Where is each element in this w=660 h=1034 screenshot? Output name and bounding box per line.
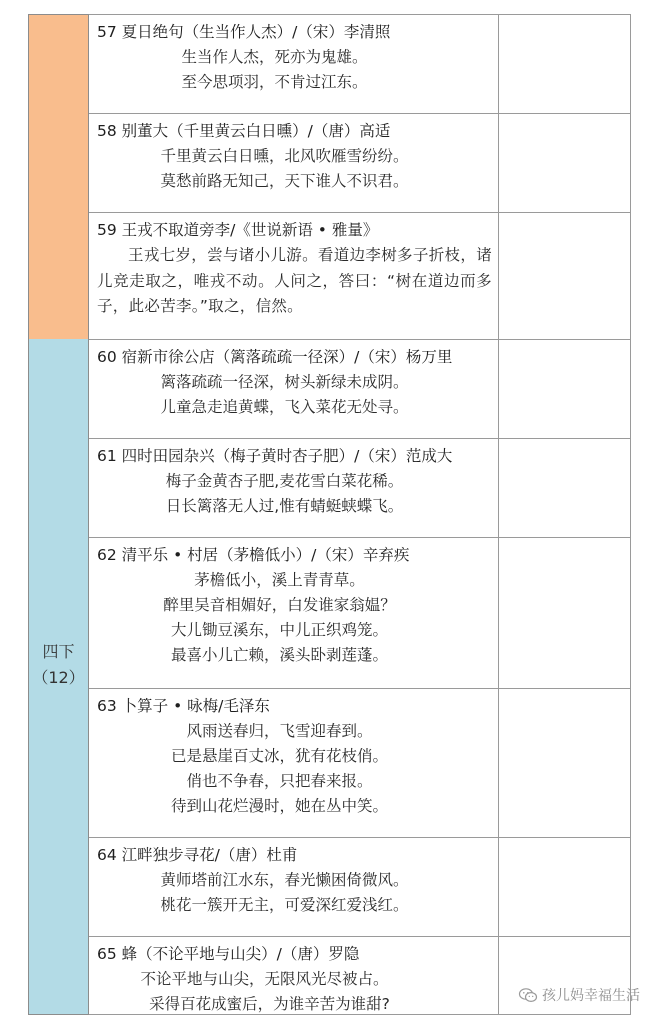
wechat-icon [518,987,538,1003]
watermark: 孩儿妈幸福生活 [518,985,640,1005]
table-row: 59 王戎不取道旁李/《世说新语 • 雅量》 王戎七岁，尝与诸小儿游。看道边李树… [89,212,631,339]
poem-line: 醉里吴音相媚好，白发谁家翁媪？ [97,593,492,618]
blank-cell [499,213,631,339]
poem-prose: 王戎七岁，尝与诸小儿游。看道边李树多子折枝，诸儿竞走取之，唯戎不动。人问之，答曰… [97,243,492,320]
grade-name: 四下 [29,639,88,665]
poem-cell: 61 四时田园杂兴（梅子黄时杏子肥）/（宋）范成大 梅子金黄杏子肥,麦花雪白菜花… [89,439,499,537]
blank-cell [499,838,631,936]
grade-cell-previous [28,14,89,339]
poem-line: 黄师塔前江水东，春光懒困倚微风。 [97,868,492,893]
poem-title: 57 夏日绝句（生当作人杰）/（宋）李清照 [97,20,492,45]
poem-cell: 60 宿新市徐公店（篱落疏疏一径深）/（宋）杨万里 篱落疏疏一径深，树头新绿未成… [89,340,499,438]
poem-title: 64 江畔独步寻花/（唐）杜甫 [97,843,492,868]
table-row: 58 别董大（千里黄云白日曛）/（唐）高适 千里黄云白日曛，北风吹雁雪纷纷。 莫… [89,113,631,212]
poem-line: 大儿锄豆溪东，中儿正织鸡笼。 [97,618,492,643]
poem-line: 俏也不争春，只把春来报。 [97,769,492,794]
poem-line: 茅檐低小，溪上青青草。 [97,568,492,593]
poem-line: 篱落疏疏一径深，树头新绿未成阴。 [97,370,492,395]
poem-line: 梅子金黄杏子肥,麦花雪白菜花稀。 [97,469,492,494]
poem-table: 四下 （12） 57 夏日绝句（生当作人杰）/（宋）李清照 生当作人杰，死亦为鬼… [28,14,631,1015]
grade-cell-grade4-second-term: 四下 （12） [28,339,89,1015]
poem-line: 千里黄云白日曛，北风吹雁雪纷纷。 [97,144,492,169]
poem-line: 莫愁前路无知己，天下谁人不识君。 [97,169,492,194]
poem-cell: 59 王戎不取道旁李/《世说新语 • 雅量》 王戎七岁，尝与诸小儿游。看道边李树… [89,213,499,339]
poem-line: 日长篱落无人过,惟有蜻蜓蛱蝶飞。 [97,494,492,519]
poem-title: 63 卜算子 • 咏梅/毛泽东 [97,694,492,719]
poem-cell: 65 蜂（不论平地与山尖）/（唐）罗隐 不论平地与山尖，无限风光尽被占。 采得百… [89,937,499,1014]
poem-cell: 57 夏日绝句（生当作人杰）/（宋）李清照 生当作人杰，死亦为鬼雄。 至今思项羽… [89,15,499,113]
poem-line: 不论平地与山尖，无限风光尽被占。 [97,967,492,992]
blank-cell [499,340,631,438]
blank-cell [499,439,631,537]
blank-cell [499,689,631,837]
poem-title: 65 蜂（不论平地与山尖）/（唐）罗隐 [97,942,492,967]
blank-cell [499,538,631,688]
table-row: 60 宿新市徐公店（篱落疏疏一径深）/（宋）杨万里 篱落疏疏一径深，树头新绿未成… [89,339,631,438]
poem-cell: 64 江畔独步寻花/（唐）杜甫 黄师塔前江水东，春光懒困倚微风。 桃花一簇开无主… [89,838,499,936]
grade-count: （12） [29,665,88,691]
watermark-text: 孩儿妈幸福生活 [542,985,640,1005]
poem-title: 58 别董大（千里黄云白日曛）/（唐）高适 [97,119,492,144]
table-row: 63 卜算子 • 咏梅/毛泽东 风雨送春归，飞雪迎春到。 已是悬崖百丈冰，犹有花… [89,688,631,837]
poem-line: 风雨送春归，飞雪迎春到。 [97,719,492,744]
poem-cell: 62 清平乐 • 村居（茅檐低小）/（宋）辛弃疾 茅檐低小，溪上青青草。 醉里吴… [89,538,499,688]
poem-cell: 63 卜算子 • 咏梅/毛泽东 风雨送春归，飞雪迎春到。 已是悬崖百丈冰，犹有花… [89,689,499,837]
poem-line: 生当作人杰，死亦为鬼雄。 [97,45,492,70]
poem-line: 至今思项羽，不肯过江东。 [97,70,492,95]
poem-title: 61 四时田园杂兴（梅子黄时杏子肥）/（宋）范成大 [97,444,492,469]
poem-line: 待到山花烂漫时，她在丛中笑。 [97,794,492,819]
blank-cell [499,15,631,113]
poem-cell: 58 别董大（千里黄云白日曛）/（唐）高适 千里黄云白日曛，北风吹雁雪纷纷。 莫… [89,114,499,212]
poem-line: 桃花一簇开无主，可爱深红爱浅红。 [97,893,492,918]
poem-line: 最喜小儿亡赖，溪头卧剥莲蓬。 [97,643,492,668]
poem-line: 采得百花成蜜后，为谁辛苦为谁甜? [97,992,492,1017]
blank-cell [499,114,631,212]
poem-line: 儿童急走追黄蝶，飞入菜花无处寻。 [97,395,492,420]
table-row: 61 四时田园杂兴（梅子黄时杏子肥）/（宋）范成大 梅子金黄杏子肥,麦花雪白菜花… [89,438,631,537]
poem-title: 60 宿新市徐公店（篱落疏疏一径深）/（宋）杨万里 [97,345,492,370]
table-row: 64 江畔独步寻花/（唐）杜甫 黄师塔前江水东，春光懒困倚微风。 桃花一簇开无主… [89,837,631,936]
table-row: 62 清平乐 • 村居（茅檐低小）/（宋）辛弃疾 茅檐低小，溪上青青草。 醉里吴… [89,537,631,688]
poem-line: 已是悬崖百丈冰，犹有花枝俏。 [97,744,492,769]
grade-label: 四下 （12） [29,639,88,691]
table-row: 57 夏日绝句（生当作人杰）/（宋）李清照 生当作人杰，死亦为鬼雄。 至今思项羽… [89,14,631,113]
poem-title: 59 王戎不取道旁李/《世说新语 • 雅量》 [97,218,492,243]
poem-title: 62 清平乐 • 村居（茅檐低小）/（宋）辛弃疾 [97,543,492,568]
